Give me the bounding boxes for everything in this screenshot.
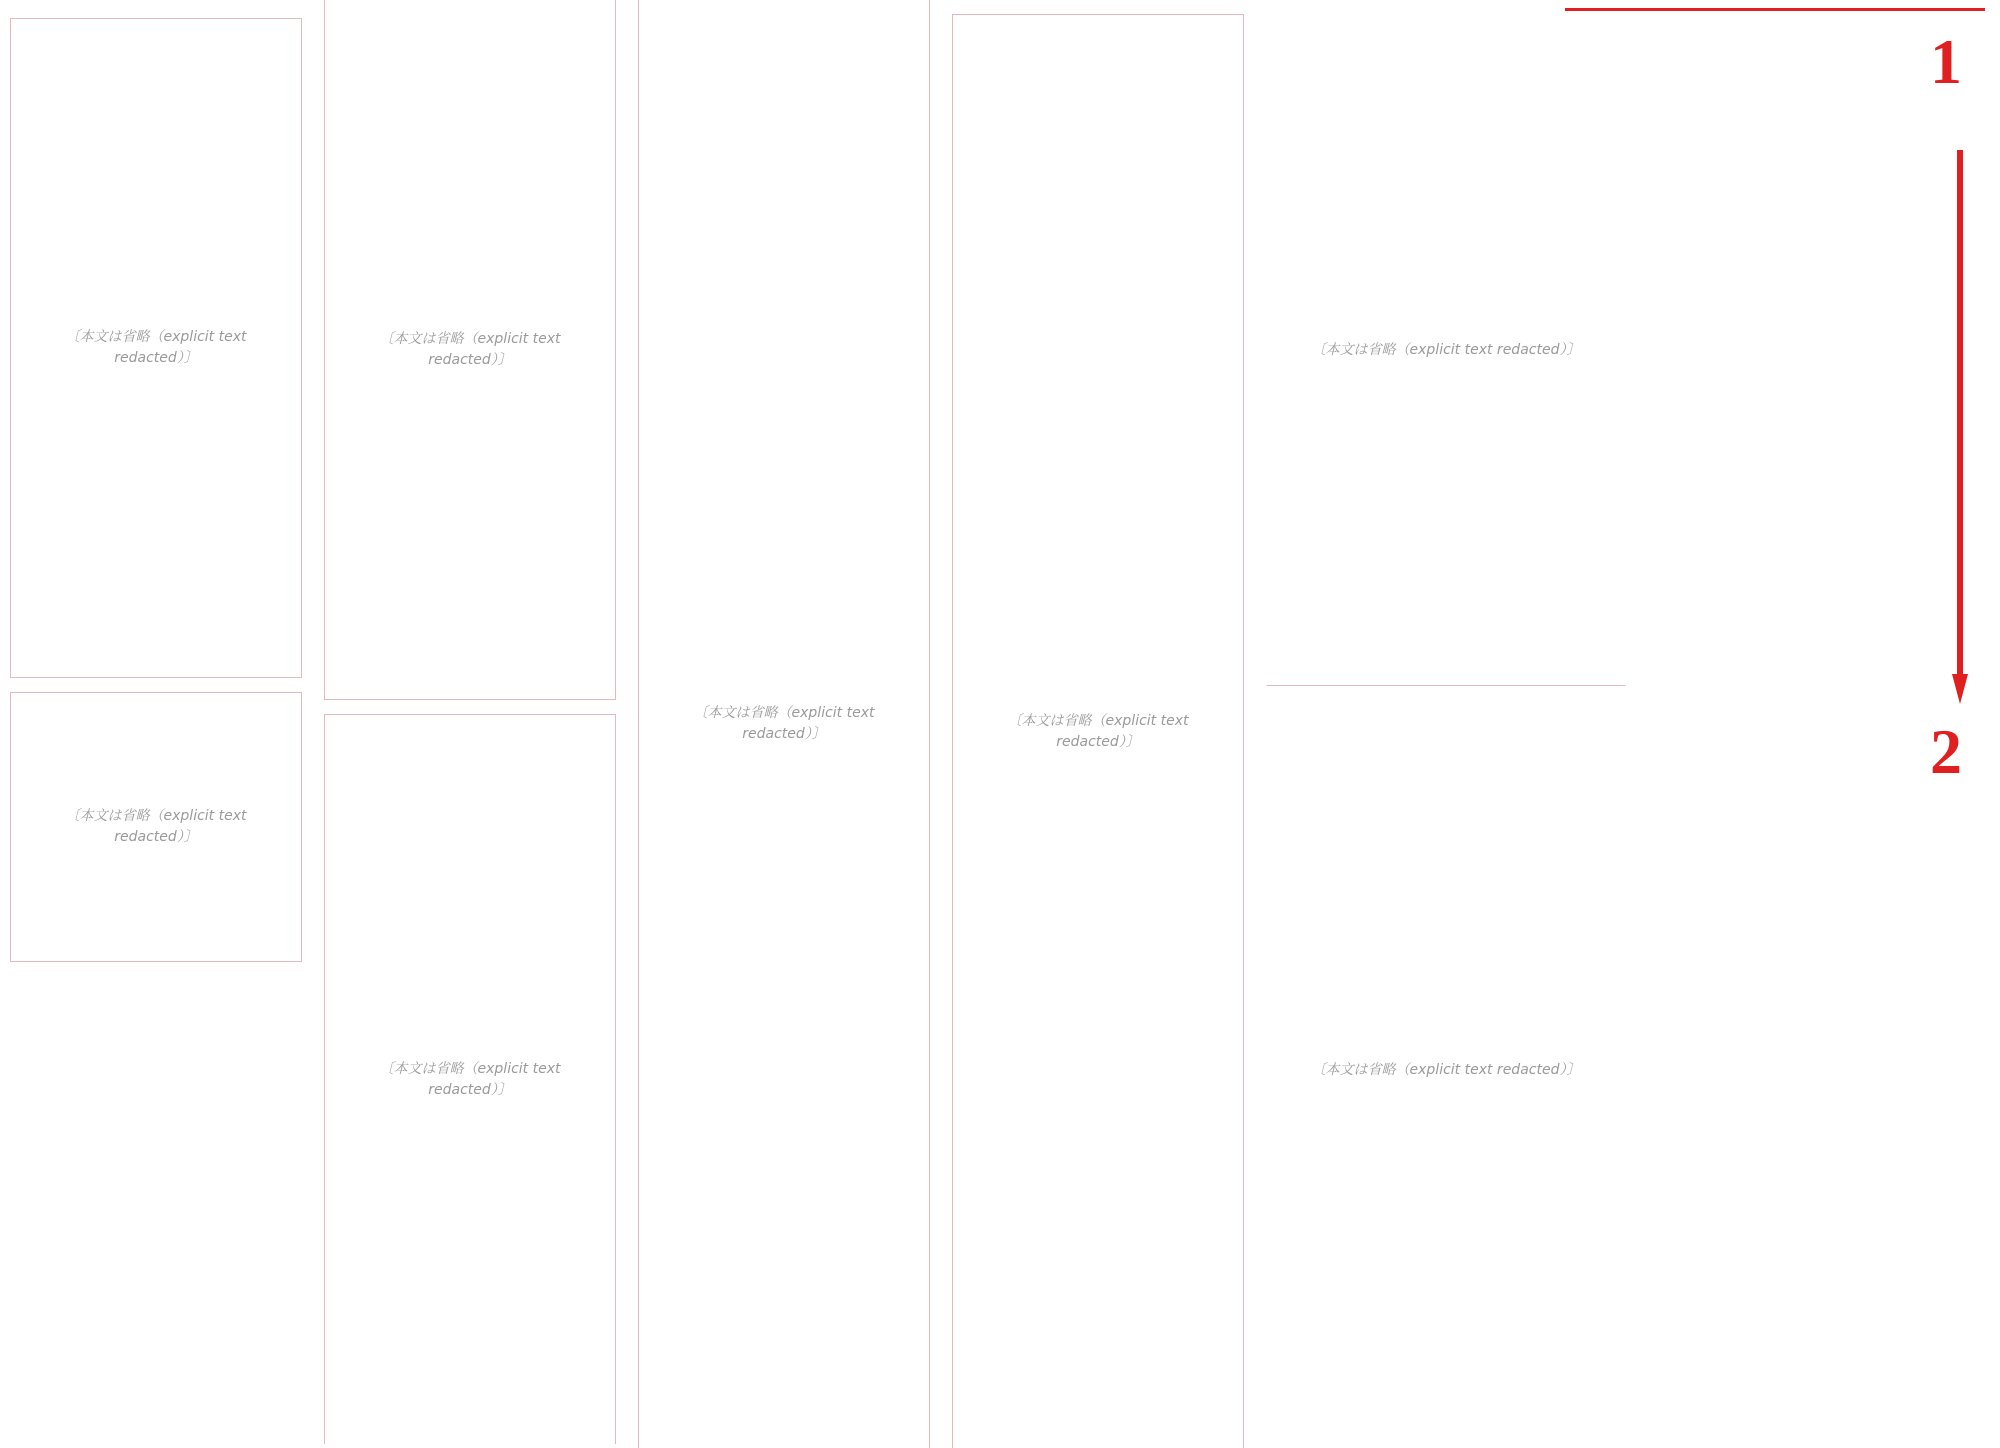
document-page: 〔本文は省略（explicit text redacted）〕 〔本文は省略（e… <box>0 0 2000 1448</box>
annotation-number-1: 1 <box>1930 30 1962 94</box>
redacted-text: 〔本文は省略（explicit text redacted）〕 <box>965 703 1231 761</box>
text-block: 〔本文は省略（explicit text redacted）〕 <box>1266 700 1626 1440</box>
text-block: 〔本文は省略（explicit text redacted）〕 <box>638 0 930 1448</box>
text-column-1: 〔本文は省略（explicit text redacted）〕 〔本文は省略（e… <box>10 0 302 1448</box>
text-block: 〔本文は省略（explicit text redacted）〕 <box>324 0 616 700</box>
text-column-5: 〔本文は省略（explicit text redacted）〕 〔本文は省略（e… <box>1266 0 1626 1448</box>
text-block: 〔本文は省略（explicit text redacted）〕 <box>1266 14 1626 686</box>
arrow-head <box>1952 674 1968 704</box>
text-block: 〔本文は省略（explicit text redacted）〕 <box>10 692 302 962</box>
annotation-number-2: 2 <box>1930 720 1962 784</box>
text-block: 〔本文は省略（explicit text redacted）〕 <box>10 18 302 678</box>
redacted-text: 〔本文は省略（explicit text redacted）〕 <box>337 1051 603 1109</box>
text-column-2: 〔本文は省略（explicit text redacted）〕 〔本文は省略（e… <box>324 0 616 1448</box>
red-down-arrow-icon <box>1952 150 1968 710</box>
redacted-text: 〔本文は省略（explicit text redacted）〕 <box>337 321 603 379</box>
redacted-text: 〔本文は省略（explicit text redacted）〕 <box>1304 1052 1589 1089</box>
text-block: 〔本文は省略（explicit text redacted）〕 <box>324 714 616 1444</box>
redacted-text: 〔本文は省略（explicit text redacted）〕 <box>23 319 289 377</box>
text-columns: 〔本文は省略（explicit text redacted）〕 〔本文は省略（e… <box>10 0 1626 1448</box>
text-column-4: 〔本文は省略（explicit text redacted）〕 <box>952 0 1244 1448</box>
redacted-text: 〔本文は省略（explicit text redacted）〕 <box>23 798 289 856</box>
redacted-text: 〔本文は省略（explicit text redacted）〕 <box>651 695 917 753</box>
red-horizontal-rule <box>1565 8 1985 11</box>
redacted-text: 〔本文は省略（explicit text redacted）〕 <box>1304 332 1589 369</box>
text-block: 〔本文は省略（explicit text redacted）〕 <box>952 14 1244 1448</box>
text-column-3: 〔本文は省略（explicit text redacted）〕 <box>638 0 930 1448</box>
arrow-shaft <box>1957 150 1963 680</box>
